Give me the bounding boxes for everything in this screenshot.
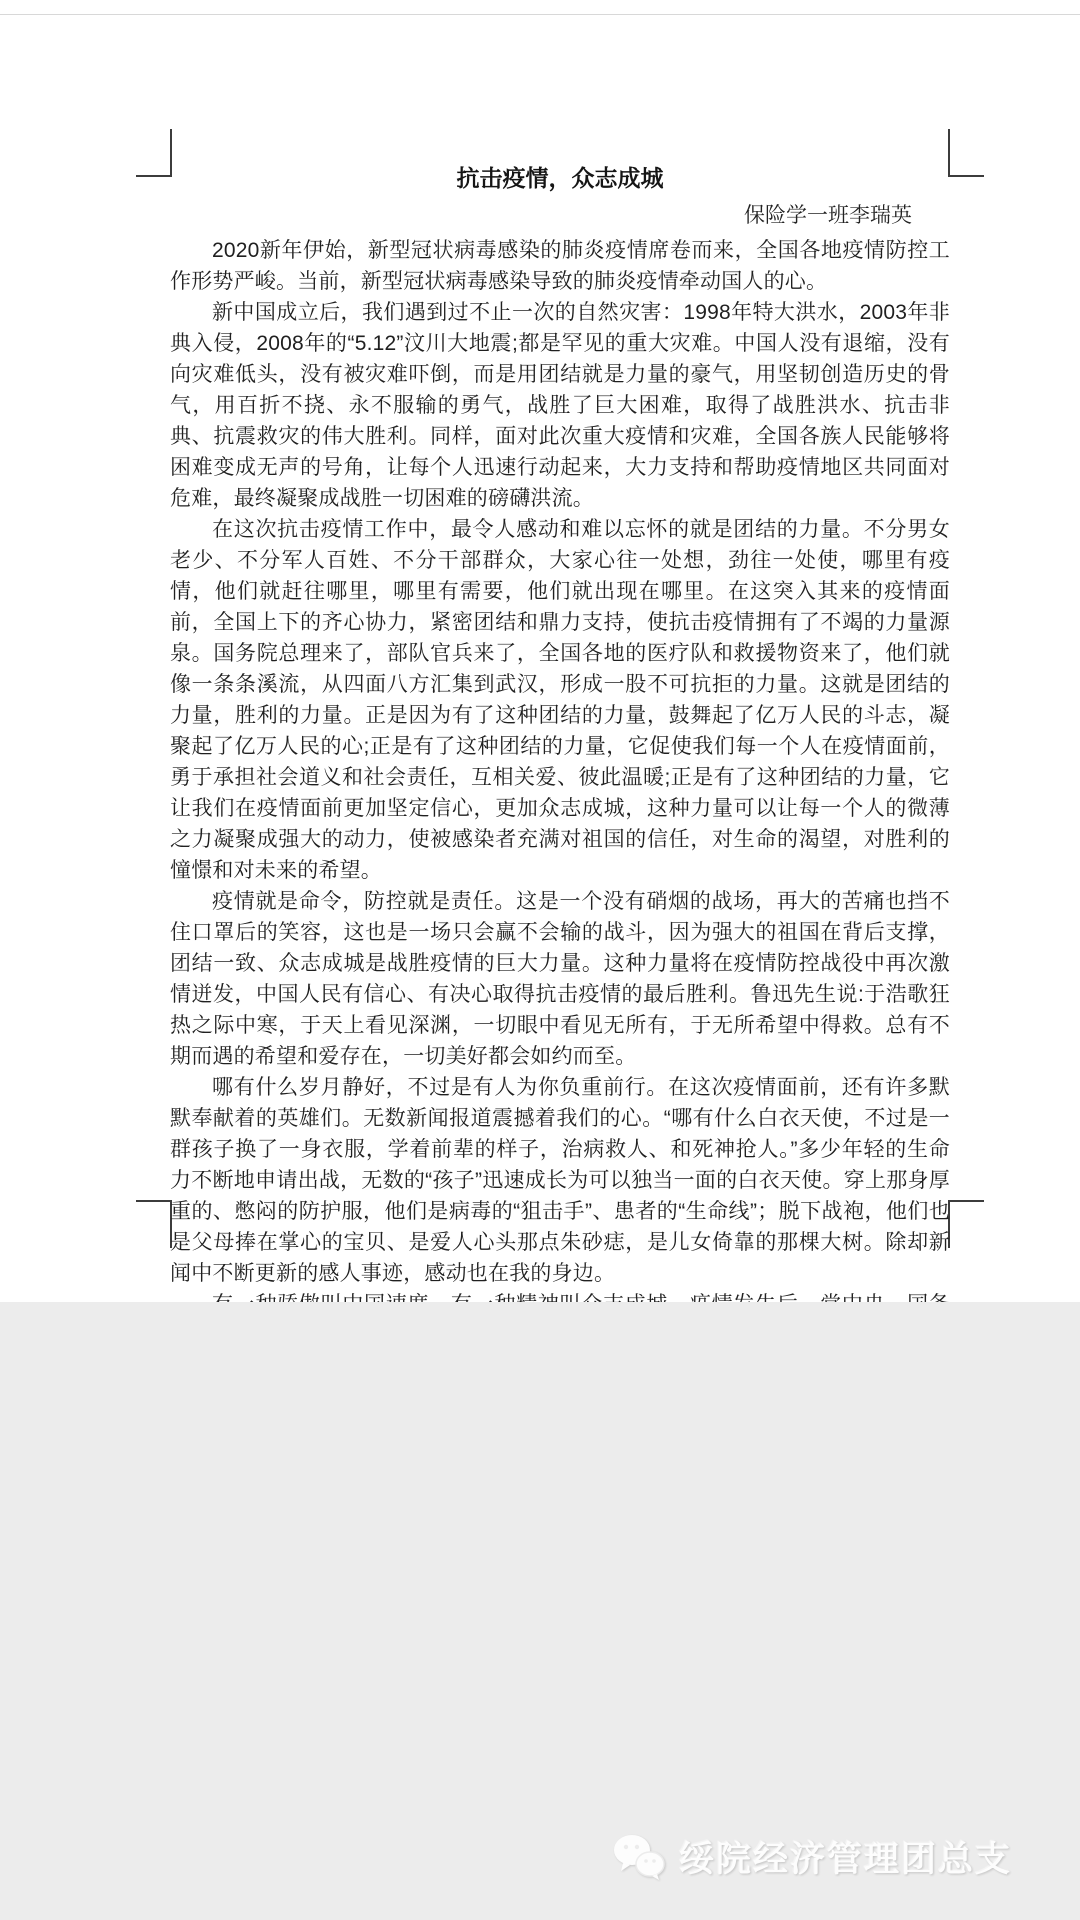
crop-mark-top-right: [948, 129, 984, 177]
paragraph: 疫情就是命令，防控就是责任。这是一个没有硝烟的战场，再大的苦痛也挡不住口罩后的笑…: [170, 886, 950, 1072]
account-watermark: 绥院经济管理团总支: [613, 1832, 1012, 1882]
paragraph: 2020新年伊始，新型冠状病毒感染的肺炎疫情席卷而来，全国各地疫情防控工作形势严…: [170, 235, 950, 297]
paragraph: 在这次抗击疫情工作中，最令人感动和难以忘怀的就是团结的力量。不分男女老少、不分军…: [170, 514, 950, 886]
document-page: 抗击疫情，众志成城 保险学一班李瑞英 2020新年伊始，新型冠状病毒感染的肺炎疫…: [0, 15, 1080, 1302]
document-title: 抗击疫情，众志成城: [170, 161, 950, 195]
paragraph: 哪有什么岁月静好，不过是有人为你负重前行。在这次疫情面前，还有许多默默奉献着的英…: [170, 1072, 950, 1289]
paragraph: 新中国成立后，我们遇到过不止一次的自然灾害：1998年特大洪水，2003年非典入…: [170, 297, 950, 514]
crop-mark-top-left: [136, 129, 172, 177]
footer-background: 绥院经济管理团总支: [0, 1302, 1080, 1920]
crop-mark-bottom-right: [948, 1200, 984, 1248]
watermark-text: 绥院经济管理团总支: [679, 1832, 1012, 1882]
wechat-icon: [613, 1834, 665, 1880]
crop-mark-bottom-left: [136, 1200, 172, 1248]
document-author: 保险学一班李瑞英: [170, 201, 912, 231]
